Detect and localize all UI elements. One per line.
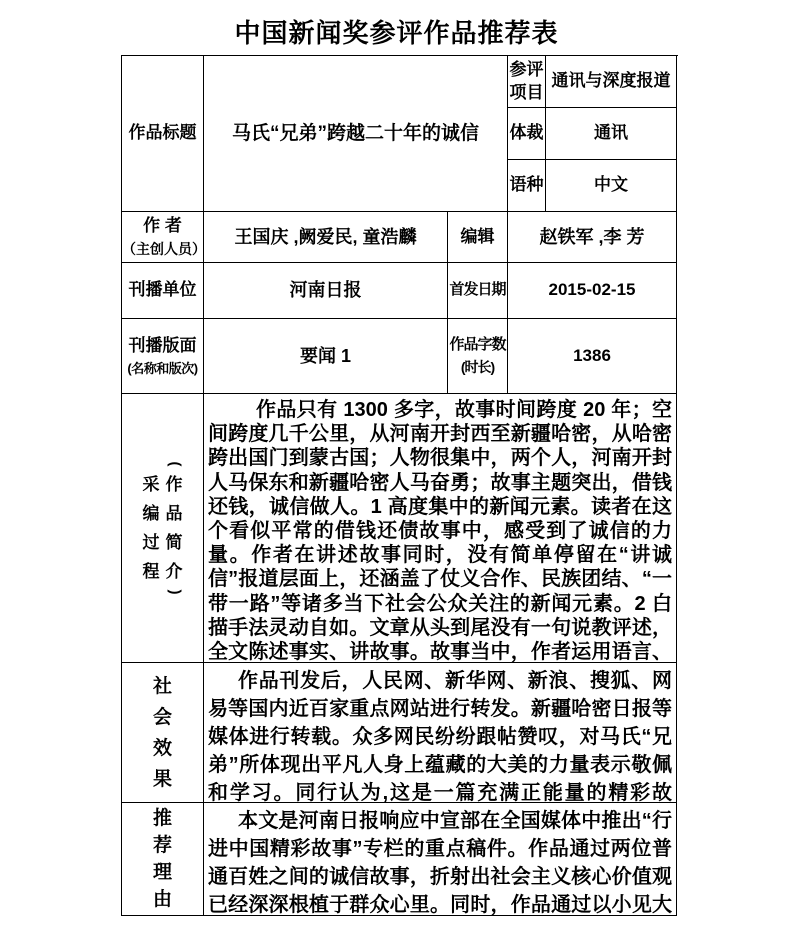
edition-value: 要闻 1 [204,319,448,394]
publish-unit-value: 河南日报 [204,263,448,319]
row-publish-unit: 刊播单位 河南日报 首发日期 2015-02-15 [122,263,678,319]
entry-category-label: 参评 项目 [508,56,546,108]
social-effect-text: 作品刊发后，人民网、新华网、新浪、搜狐、网易等国内近百家重点网站进行转发。新疆哈… [204,663,677,803]
recommendation-label: 推 荐 理 由 [122,803,204,916]
row-edition: 刊播版面 (名称和版次) 要闻 1 作品字数 (时长) 1386 [122,319,678,394]
row-genre: 体裁 通讯 [508,108,677,160]
recommendation-form-table: 作品标题 马氏“兄弟”跨越二十年的诚信 参评 项目 通讯与深度报道 体裁 通讯 … [121,55,678,916]
category-subtable: 参评 项目 通讯与深度报道 体裁 通讯 语种 中文 [508,56,677,212]
authors-label-line1: 作 者 [143,215,182,238]
intro-text: 作品只有 1300 多字，故事时间跨度 20 年；空间跨度几千公里，从河南开封西… [204,394,677,663]
authors-label-line2: （主创人员） [122,240,203,259]
editor-label: 编辑 [448,212,508,263]
language-value: 中文 [546,160,677,212]
first-publish-date-value: 2015-02-15 [508,263,677,319]
publish-unit-label: 刊播单位 [122,263,204,319]
authors-label: 作 者 （主创人员） [122,212,204,263]
row-entry-category: 参评 项目 通讯与深度报道 [508,56,677,108]
edition-label: 刊播版面 (名称和版次) [122,319,204,394]
intro-label-plain: 采 编 过 程 [143,470,160,586]
editor-value: 赵铁军 ,李 芳 [508,212,677,263]
intro-label-plain-column: 采 编 过 程 [143,470,160,586]
recommendation-text: 本文是河南日报响应中宣部在全国媒体中推出“行进中国精彩故事”专栏的重点稿件。作品… [204,803,677,916]
language-label: 语种 [508,160,546,212]
social-effect-label: 社 会 效 果 [122,663,204,803]
edition-label-line2: (名称和版次) [127,360,197,378]
edition-label-line1: 刊播版面 [129,335,197,358]
genre-value: 通讯 [546,108,677,160]
vertical-paren-close: ) [168,590,180,595]
document-page: { "title": "中国新闻奖参评作品推荐表", "fields": { "… [0,0,793,938]
vertical-paren-open: ( [168,462,180,467]
intro-label-paren: 作 品 简 介 [166,470,183,586]
word-count-label-line1: 作品字数 [449,335,505,355]
row-work-title: 作品标题 马氏“兄弟”跨越二十年的诚信 参评 项目 通讯与深度报道 体裁 通讯 … [122,56,678,212]
row-social-effect: 社 会 效 果 作品刊发后，人民网、新华网、新浪、搜狐、网易等国内近百家重点网站… [122,663,678,803]
intro-label: 采 编 过 程 ( 作 品 简 介 ) [122,394,204,663]
row-authors: 作 者 （主创人员） 王国庆 ,阙爱民, 童浩麟 编辑 赵铁军 ,李 芳 [122,212,678,263]
authors-value: 王国庆 ,阙爱民, 童浩麟 [204,212,448,263]
page-title: 中国新闻奖参评作品推荐表 [0,0,793,55]
first-publish-date-label: 首发日期 [448,263,508,319]
word-count-value: 1386 [508,319,677,394]
work-title-label: 作品标题 [122,56,204,212]
row-recommendation: 推 荐 理 由 本文是河南日报响应中宣部在全国媒体中推出“行进中国精彩故事”专栏… [122,803,678,916]
intro-label-paren-column: ( 作 品 简 介 ) [166,458,183,598]
row-intro: 采 编 过 程 ( 作 品 简 介 ) 作品只有 1300 多字，故事时间跨度 … [122,394,678,663]
work-title-value: 马氏“兄弟”跨越二十年的诚信 [204,56,508,212]
word-count-label-line2: (时长) [461,358,494,377]
word-count-label: 作品字数 (时长) [448,319,508,394]
entry-category-value: 通讯与深度报道 [546,56,677,108]
row-language: 语种 中文 [508,160,677,212]
genre-label: 体裁 [508,108,546,160]
